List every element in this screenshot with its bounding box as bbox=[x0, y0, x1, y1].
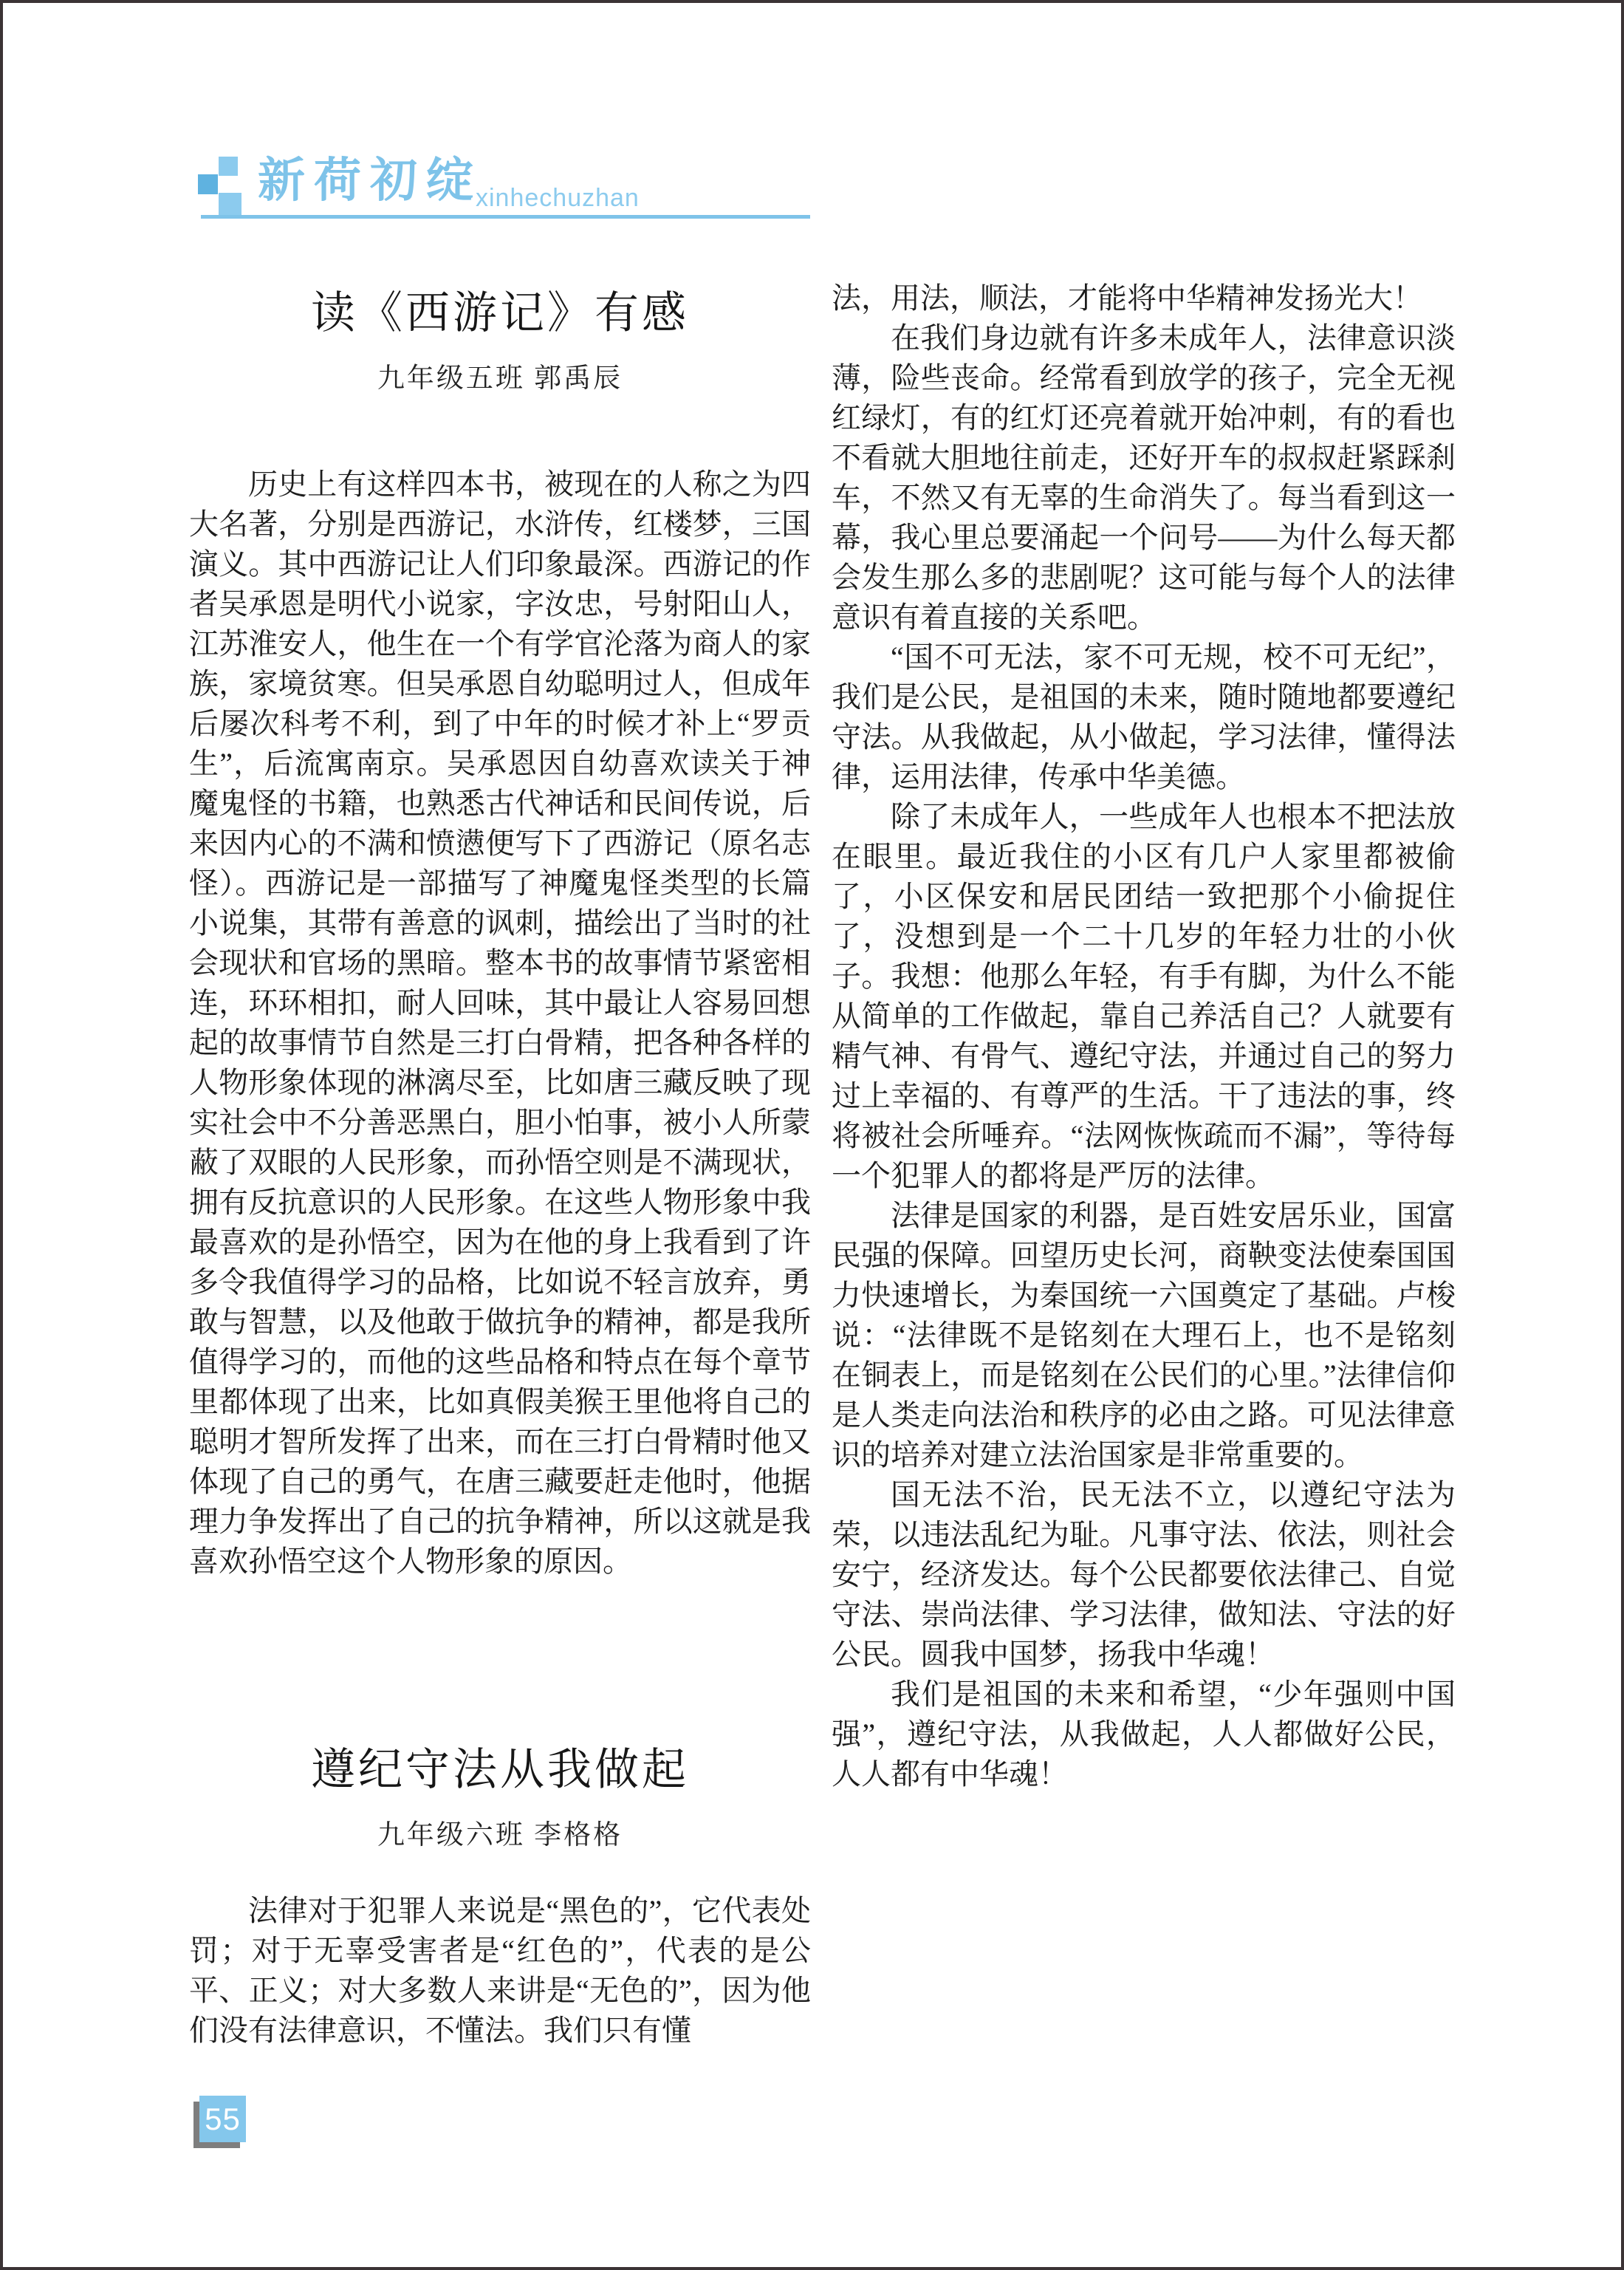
essay2-title: 遵纪守法从我做起 bbox=[189, 1740, 811, 1799]
essay2-byline: 九年级六班 李格格 bbox=[189, 1817, 811, 1854]
essay2-paragraph: “国不可无法，家不可无规，校不可无纪”，我们是公民，是祖国的未来，随时随地都要遵… bbox=[832, 637, 1456, 797]
essay2-paragraph: 我们是祖国的未来和希望，“少年强则中国强”，遵纪守法，从我做起，人人都做好公民，… bbox=[832, 1675, 1456, 1794]
essay2-paragraph: 在我们身边就有许多未成年人，法律意识淡薄，险些丧命。经常看到放学的孩子，完全无视… bbox=[832, 318, 1456, 637]
essay2-paragraph: 除了未成年人，一些成年人也根本不把法放在眼里。最近我住的小区有几户人家里都被偷了… bbox=[832, 797, 1456, 1196]
header-divider-line bbox=[201, 215, 810, 219]
page-header: 新荷初绽 xinhechuzhan bbox=[3, 3, 1621, 225]
logo-square-top bbox=[219, 157, 238, 176]
magazine-page: 新荷初绽 xinhechuzhan 读《西游记》有感 九年级五班 郭禹辰 历史上… bbox=[0, 0, 1624, 2270]
essay1-paragraph: 历史上有这样四本书，被现在的人称之为四大名著，分别是西游记，水浒传，红楼梦，三国… bbox=[189, 465, 811, 1582]
section-logo-title: 新荷初绽 bbox=[258, 149, 482, 211]
essay2-paragraph: 法律是国家的利器，是百姓安居乐业，国富民强的保障。回望历史长河，商鞅变法使秦国国… bbox=[832, 1196, 1456, 1475]
essay2-paragraph-start: 法律对于犯罪人来说是“黑色的”，它代表处罚；对于无辜受害者是“红色的”，代表的是… bbox=[189, 1891, 811, 2051]
essay1-title: 读《西游记》有感 bbox=[189, 284, 811, 343]
page-number-badge: 55 bbox=[199, 2096, 246, 2142]
section-logo-pinyin: xinhechuzhan bbox=[476, 183, 640, 213]
logo-squares-icon bbox=[196, 157, 248, 219]
page-number: 55 bbox=[205, 2102, 241, 2137]
essay1-byline: 九年级五班 郭禹辰 bbox=[189, 360, 811, 397]
logo-square-bottom bbox=[219, 193, 241, 216]
left-column: 读《西游记》有感 九年级五班 郭禹辰 历史上有这样四本书，被现在的人称之为四大名… bbox=[189, 284, 811, 2093]
essay2-paragraph: 国无法不治，民无法不立，以遵纪守法为荣，以违法乱纪为耻。凡事守法、依法，则社会安… bbox=[832, 1475, 1456, 1675]
logo-square-middle bbox=[198, 174, 218, 194]
essay2-paragraph-continued: 法，用法，顺法，才能将中华精神发扬光大！ bbox=[832, 278, 1456, 318]
right-column: 法，用法，顺法，才能将中华精神发扬光大！ 在我们身边就有许多未成年人，法律意识淡… bbox=[832, 278, 1456, 1941]
